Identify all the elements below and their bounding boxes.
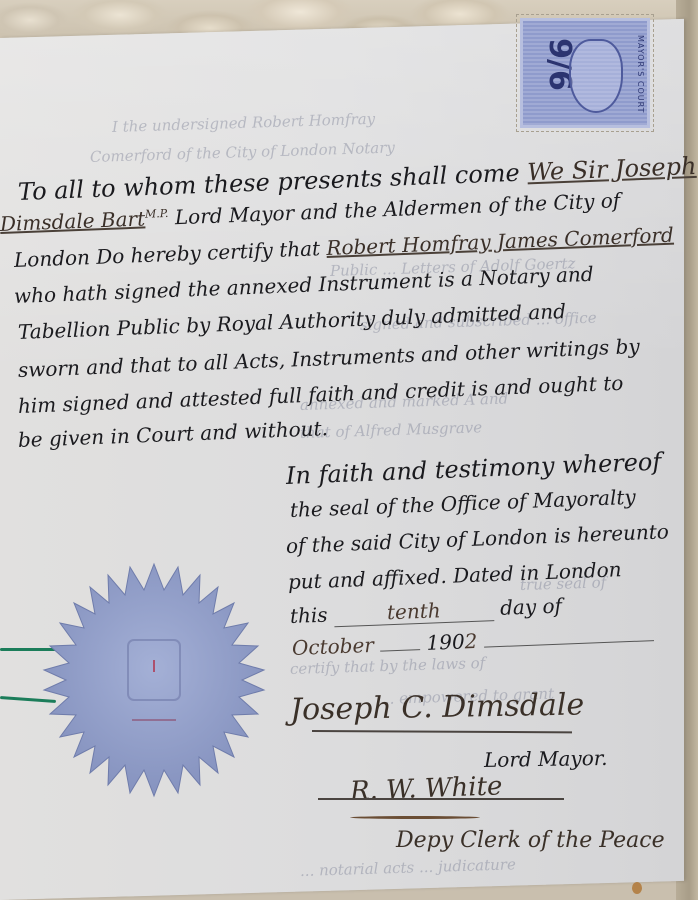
foxing-stain bbox=[632, 882, 642, 894]
clerk-signature: R. W. White bbox=[350, 771, 503, 806]
signature-rule bbox=[318, 798, 564, 800]
mayoralty-wafer-seal bbox=[36, 562, 272, 798]
stamp-label: MAYOR'S COURT bbox=[636, 35, 645, 113]
handwritten-year-digit: 2 bbox=[464, 629, 478, 653]
handwritten-month: October bbox=[292, 633, 375, 660]
flourish-stroke bbox=[350, 816, 480, 819]
crest-icon bbox=[569, 39, 623, 113]
body-text: this bbox=[290, 603, 328, 628]
mayor-signature: Joseph C. Dimsdale bbox=[290, 687, 585, 727]
revenue-stamp: 9/6 MAYOR'S COURT bbox=[520, 18, 650, 128]
body-text: day of bbox=[500, 594, 563, 620]
mayor-title: Lord Mayor. bbox=[484, 746, 608, 772]
handwritten-insertion: M.P. bbox=[145, 207, 169, 221]
year-printed: 190 bbox=[426, 629, 465, 654]
clerk-title: Depy Clerk of the Peace bbox=[396, 828, 665, 853]
